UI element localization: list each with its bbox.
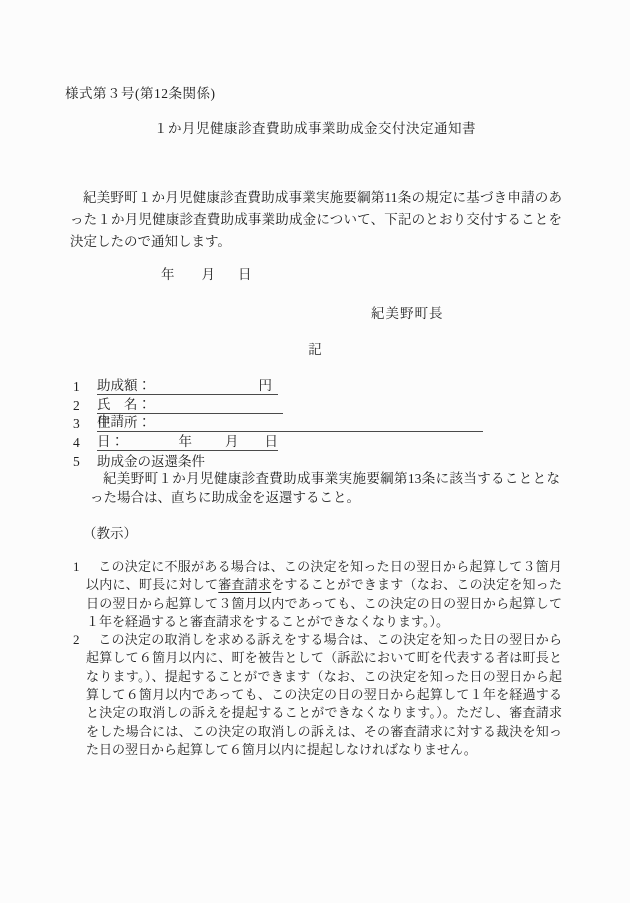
grant-amount-label: 助成額： (97, 374, 151, 394)
item-number: 5 (73, 454, 97, 470)
kyoji-heading: （教示） (83, 522, 137, 542)
refund-conditions-body: 紀美野町１か月児健康診査費助成事業実施要綱第13条に該当することとなった場合は、… (90, 470, 560, 507)
application-date-month-label: 月 (225, 430, 239, 450)
kyoji-item1-underlined-term: 審査請求 (218, 577, 271, 592)
grant-amount-field: 助成額： 円 (97, 374, 278, 395)
ki-heading: 記 (0, 338, 630, 358)
sender-mayor: 紀美野町長 (371, 302, 444, 322)
kyoji-item-number: 2 (73, 631, 98, 649)
refund-conditions-label: 助成金の返還条件 (97, 450, 205, 470)
issue-date-day-label: 日 (238, 263, 252, 283)
kyoji-item-number: 1 (73, 558, 98, 576)
yen-suffix: 円 (259, 374, 273, 394)
item-refund-conditions: 5 助成金の返還条件 (73, 452, 205, 470)
issue-date-year-label: 年 (161, 263, 175, 283)
issue-date-month-label: 月 (202, 263, 216, 283)
item-application-date: 4 申請日： 年 月 日 (73, 433, 278, 451)
intro-paragraph: 紀美野町１か月児健康診査費助成事業実施要綱第11条の規定に基づき申請のあった１か… (70, 187, 562, 253)
application-date-label: 申請日： (97, 410, 151, 450)
item-number: 3 (73, 416, 97, 432)
application-date-field: 申請日： 年 月 日 (97, 410, 278, 451)
form-number: 様式第３号(第12条関係) (65, 82, 216, 102)
item-number: 4 (73, 435, 97, 451)
document-title: １か月児健康診査費助成事業助成金交付決定通知書 (0, 117, 630, 137)
issue-date-line: 年月日 (161, 263, 252, 283)
application-date-year-label: 年 (179, 430, 193, 450)
item-number: 1 (73, 379, 97, 395)
document-page: 様式第３号(第12条関係) １か月児健康診査費助成事業助成金交付決定通知書 紀美… (0, 0, 630, 903)
item-number: 2 (73, 398, 97, 414)
kyoji-item2-text: この決定の取消しを求める訴えをする場合は、この決定を知った日の翌日から起算して６… (86, 632, 562, 757)
kyoji-item-1: 1この決定に不服がある場合は、この決定を知った日の翌日から起算して３箇月以内に、… (70, 558, 562, 631)
kyoji-section: 1この決定に不服がある場合は、この決定を知った日の翌日から起算して３箇月以内に、… (70, 558, 562, 759)
application-date-day-label: 日 (265, 430, 279, 450)
kyoji-item-2: 2この決定の取消しを求める訴えをする場合は、この決定を知った日の翌日から起算して… (70, 631, 562, 759)
